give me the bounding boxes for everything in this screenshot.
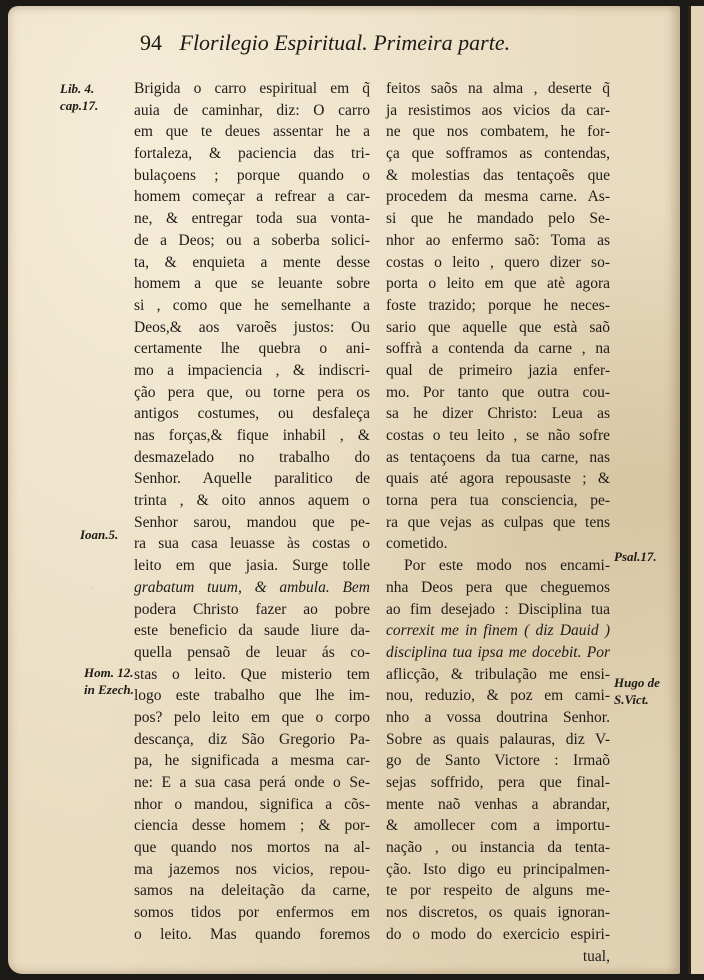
- text-line: ne: E a sua casa perá onde o Se-: [134, 772, 370, 794]
- text-line: nha Deos pera que cheguemos: [386, 577, 610, 599]
- text-line: do o modo do exercicio espiri-: [386, 924, 610, 946]
- text-line: feitos saõs na alma , deserte q̃: [386, 78, 610, 100]
- text-line: homem começar a refrear a car-: [134, 186, 370, 208]
- text-line: nação , ou instancia da tenta-: [386, 837, 610, 859]
- text-line: auia de caminhar, diz: O carro: [134, 100, 370, 122]
- left-text-column: Brigida o carro espiritual em q̃ auia de…: [134, 78, 370, 946]
- text-line: ção pera que, ou torne pera os: [134, 382, 370, 404]
- text-line: mo. Por tanto que outra cou-: [386, 382, 610, 404]
- text-line: nho a vossa doutrina Senhor.: [386, 707, 610, 729]
- running-header: 94 Florilegio Espiritual. Primeira parte…: [140, 30, 600, 60]
- text-line: quella pensaõ de leuar ás co-: [134, 642, 370, 664]
- margin-note-line: S.Vict.: [614, 691, 660, 708]
- text-line: descança, diz São Gregorio Pa-: [134, 729, 370, 751]
- text-line: porta o leito em que atè agora: [386, 273, 610, 295]
- text-line: Deos,& aos varoẽs justos: Ou: [134, 317, 370, 339]
- right-text-column: feitos saõs na alma , deserte q̃ ja resi…: [386, 78, 610, 967]
- text-line: o leito. Mas quando foremos: [134, 924, 370, 946]
- text-line-italic: disciplina tua ipsa me docebit. Por: [386, 642, 610, 664]
- margin-note-line: in Ezech.: [84, 681, 134, 698]
- text-line: costas o teu leito , se não sofre: [386, 425, 610, 447]
- paragraph-start-line: Por este modo nos encami-: [386, 555, 610, 577]
- text-line: ça que sofframos as contendas,: [386, 143, 610, 165]
- text-line: nou, reduzio, & poz em cami-: [386, 685, 610, 707]
- running-title: Florilegio Espiritual. Primeira parte.: [180, 30, 511, 55]
- margin-note-psal: Psal.17.: [614, 548, 657, 565]
- text-line: pa, he significada a mesma car-: [134, 750, 370, 772]
- text-line: Senhor. Aquelle paralitico de: [134, 468, 370, 490]
- text-line: & molestias das tentaçoẽs que: [386, 165, 610, 187]
- text-line: te por respeito de alguns me-: [386, 880, 610, 902]
- text-line: Senhor sarou, mandou que pe-: [134, 512, 370, 534]
- text-line: que quando nos mortos na al-: [134, 837, 370, 859]
- text-line: & amollecer com a importu-: [386, 815, 610, 837]
- text-line: Brigida o carro espiritual em q̃: [134, 78, 370, 100]
- text-line-italic: correxit me in finem ( diz Dauid ): [386, 620, 610, 642]
- text-line: desmazelado no trabalho do: [134, 447, 370, 469]
- text-line: as tentaçoens da tua carne, nas: [386, 447, 610, 469]
- text-line: qual de primeiro jazia enfer-: [386, 360, 610, 382]
- text-line: ma jazemos nos vicios, repou-: [134, 859, 370, 881]
- text-line: si que he mandado pelo Se-: [386, 208, 610, 230]
- text-line: de a Deos; ou a soberba solici-: [134, 230, 370, 252]
- text-line: mente naõ venhas a abrandar,: [386, 794, 610, 816]
- text-line: sejas soffrido, pera que final-: [386, 772, 610, 794]
- margin-note-line: Hugo de: [614, 674, 660, 691]
- text-line: trinta , & oito annos aquem o: [134, 490, 370, 512]
- margin-note-ioan: Ioan.5.: [80, 526, 118, 543]
- text-line: soffrà a contenda da carne , na: [386, 338, 610, 360]
- text-line: samos na deleitação da carne,: [134, 880, 370, 902]
- text-line: go de Santo Victore : Irmaõ: [386, 750, 610, 772]
- text-line: foste trazido; porque he neces-: [386, 295, 610, 317]
- text-line: logo este trabalho que lhe im-: [134, 685, 370, 707]
- text-line: procedem da mesma carne. As-: [386, 186, 610, 208]
- next-page-edge: [688, 6, 704, 974]
- text-line: costas o leito , quero dizer so-: [386, 252, 610, 274]
- text-line: ra sua casa leuasse às costas o: [134, 533, 370, 555]
- margin-note-line: Hom. 12.: [84, 664, 134, 681]
- text-line: sario que aquelle que està saõ: [386, 317, 610, 339]
- text-line: aflicção, & tribulação me ensi-: [386, 664, 610, 686]
- text-line: sa he dizer Christo: Leua as: [386, 403, 610, 425]
- text-line: leito em que jasia. Surge tolle: [134, 555, 370, 577]
- text-line: Sobre as quais palauras, diz V-: [386, 729, 610, 751]
- margin-note-line: Lib. 4.: [60, 80, 98, 97]
- text-line: certamente lhe quebra o ani-: [134, 338, 370, 360]
- text-line: ne, & entregar toda sua vonta-: [134, 208, 370, 230]
- text-line: stas o leito. Que misterio tem: [134, 664, 370, 686]
- text-line: nhor ao enfermo saõ: Toma as: [386, 230, 610, 252]
- text-line: nas forças,& fique inhabil , &: [134, 425, 370, 447]
- margin-note-line: cap.17.: [60, 97, 98, 114]
- text-line: cometido.: [386, 533, 610, 555]
- text-line: ao fim desejado : Disciplina tua: [386, 599, 610, 621]
- text-line: pos? pelo leito em que o corpo: [134, 707, 370, 729]
- text-line: mo a impaciencia , & indiscri-: [134, 360, 370, 382]
- margin-note-hom: Hom. 12. in Ezech.: [84, 664, 134, 698]
- text-line: ciencia desse homem ; & por-: [134, 815, 370, 837]
- show-through-text: .: [90, 578, 94, 594]
- text-line: ne que nos combatem, he for-: [386, 121, 610, 143]
- catchword-line: tual,: [386, 946, 610, 968]
- text-line: ção. Isto digo eu principalmen-: [386, 859, 610, 881]
- page-number: 94: [140, 30, 162, 55]
- text-line: este beneficio da saude liure da-: [134, 620, 370, 642]
- text-line: torna pera tua consciencia, pe-: [386, 490, 610, 512]
- text-line: si , como que he semelhante a: [134, 295, 370, 317]
- text-line: somos tidos por enfermos em: [134, 902, 370, 924]
- text-line: quais até agora repousaste ; &: [386, 468, 610, 490]
- text-line: ta, & enquieta a mente desse: [134, 252, 370, 274]
- margin-note-lib: Lib. 4. cap.17.: [60, 80, 98, 114]
- text-line: ja resistimos aos vicios da car-: [386, 100, 610, 122]
- text-line: homem a que se leuante sobre: [134, 273, 370, 295]
- text-line: nos discretos, os quais ignoran-: [386, 902, 610, 924]
- text-line: em que te deues assentar he a: [134, 121, 370, 143]
- text-line: podera Christo fazer ao pobre: [134, 599, 370, 621]
- text-line: ra que vejas as culpas que tens: [386, 512, 610, 534]
- margin-note-hugo: Hugo de S.Vict.: [614, 674, 660, 708]
- text-line: bulaçoens ; porque quando o: [134, 165, 370, 187]
- text-line: nhor o mandou, significa a cõs-: [134, 794, 370, 816]
- text-line-italic: grabatum tuum, & ambula. Bem: [134, 577, 370, 599]
- text-line: antigos costumes, ou desfaleça: [134, 403, 370, 425]
- text-line: fortaleza, & paciencia das tri-: [134, 143, 370, 165]
